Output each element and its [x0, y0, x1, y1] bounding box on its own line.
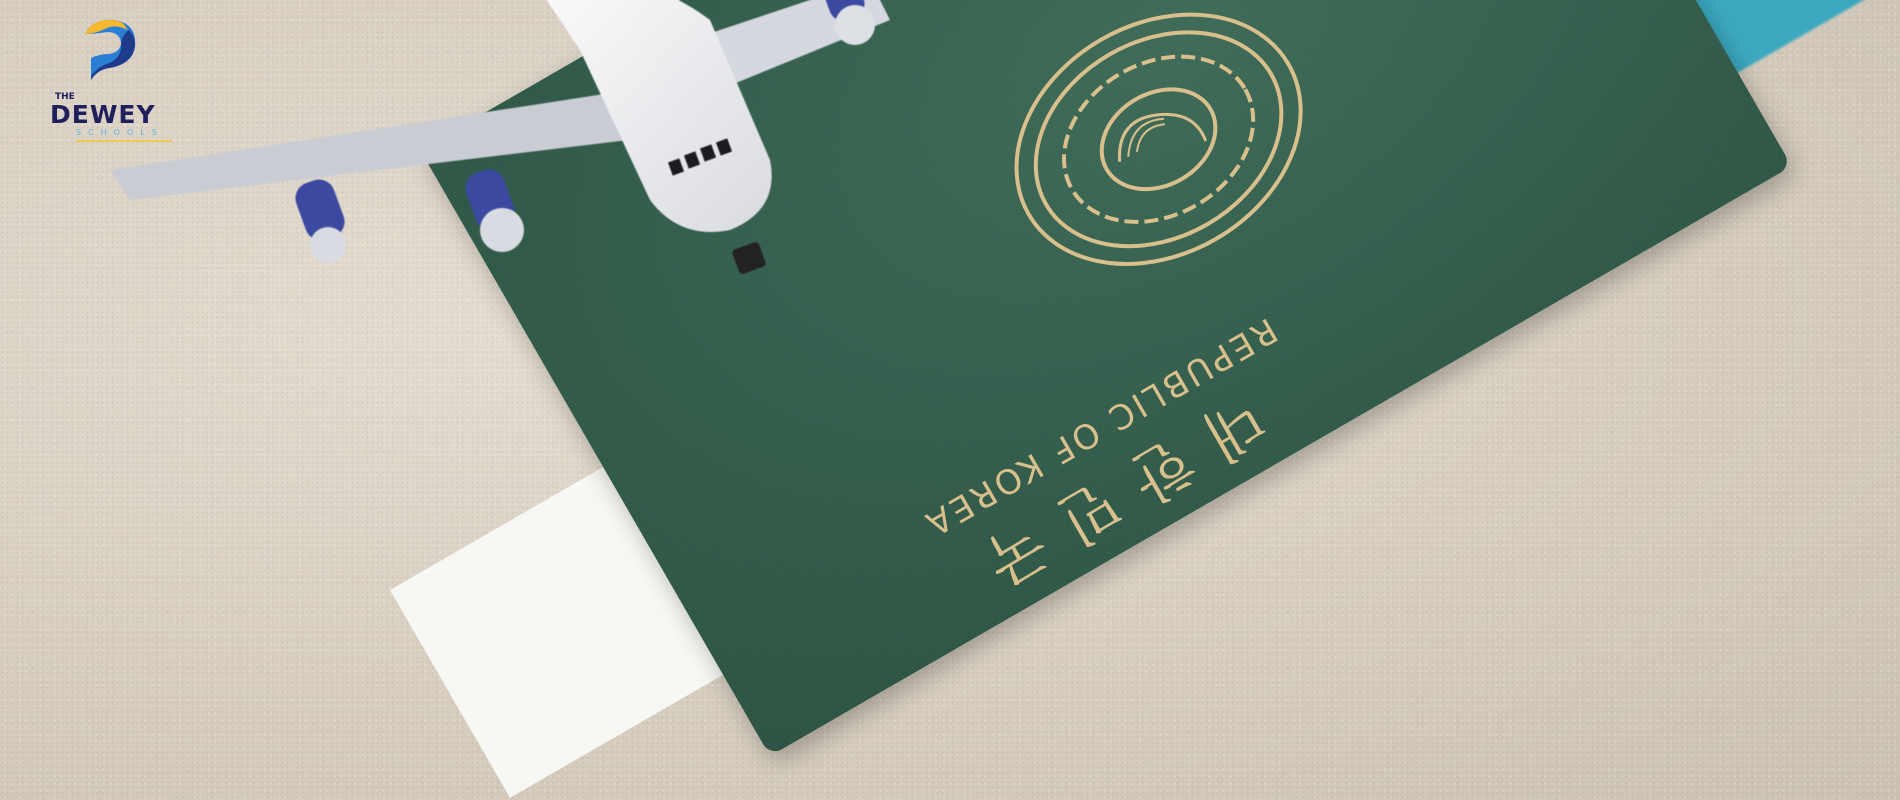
logo-mark-icon [79, 18, 141, 90]
logo-name: DEWEY [50, 100, 156, 129]
hero-banner: Business PASSPORT 여 권 REPUBLIC OF KOREA … [0, 0, 1900, 800]
logo-underline [76, 140, 172, 142]
toy-airplane [110, 0, 1010, 320]
dewey-schools-logo[interactable]: THE DEWEY SCHOOLS [24, 16, 174, 128]
logo-subtitle: SCHOOLS [76, 128, 164, 137]
national-emblem-icon [951, 0, 1367, 334]
